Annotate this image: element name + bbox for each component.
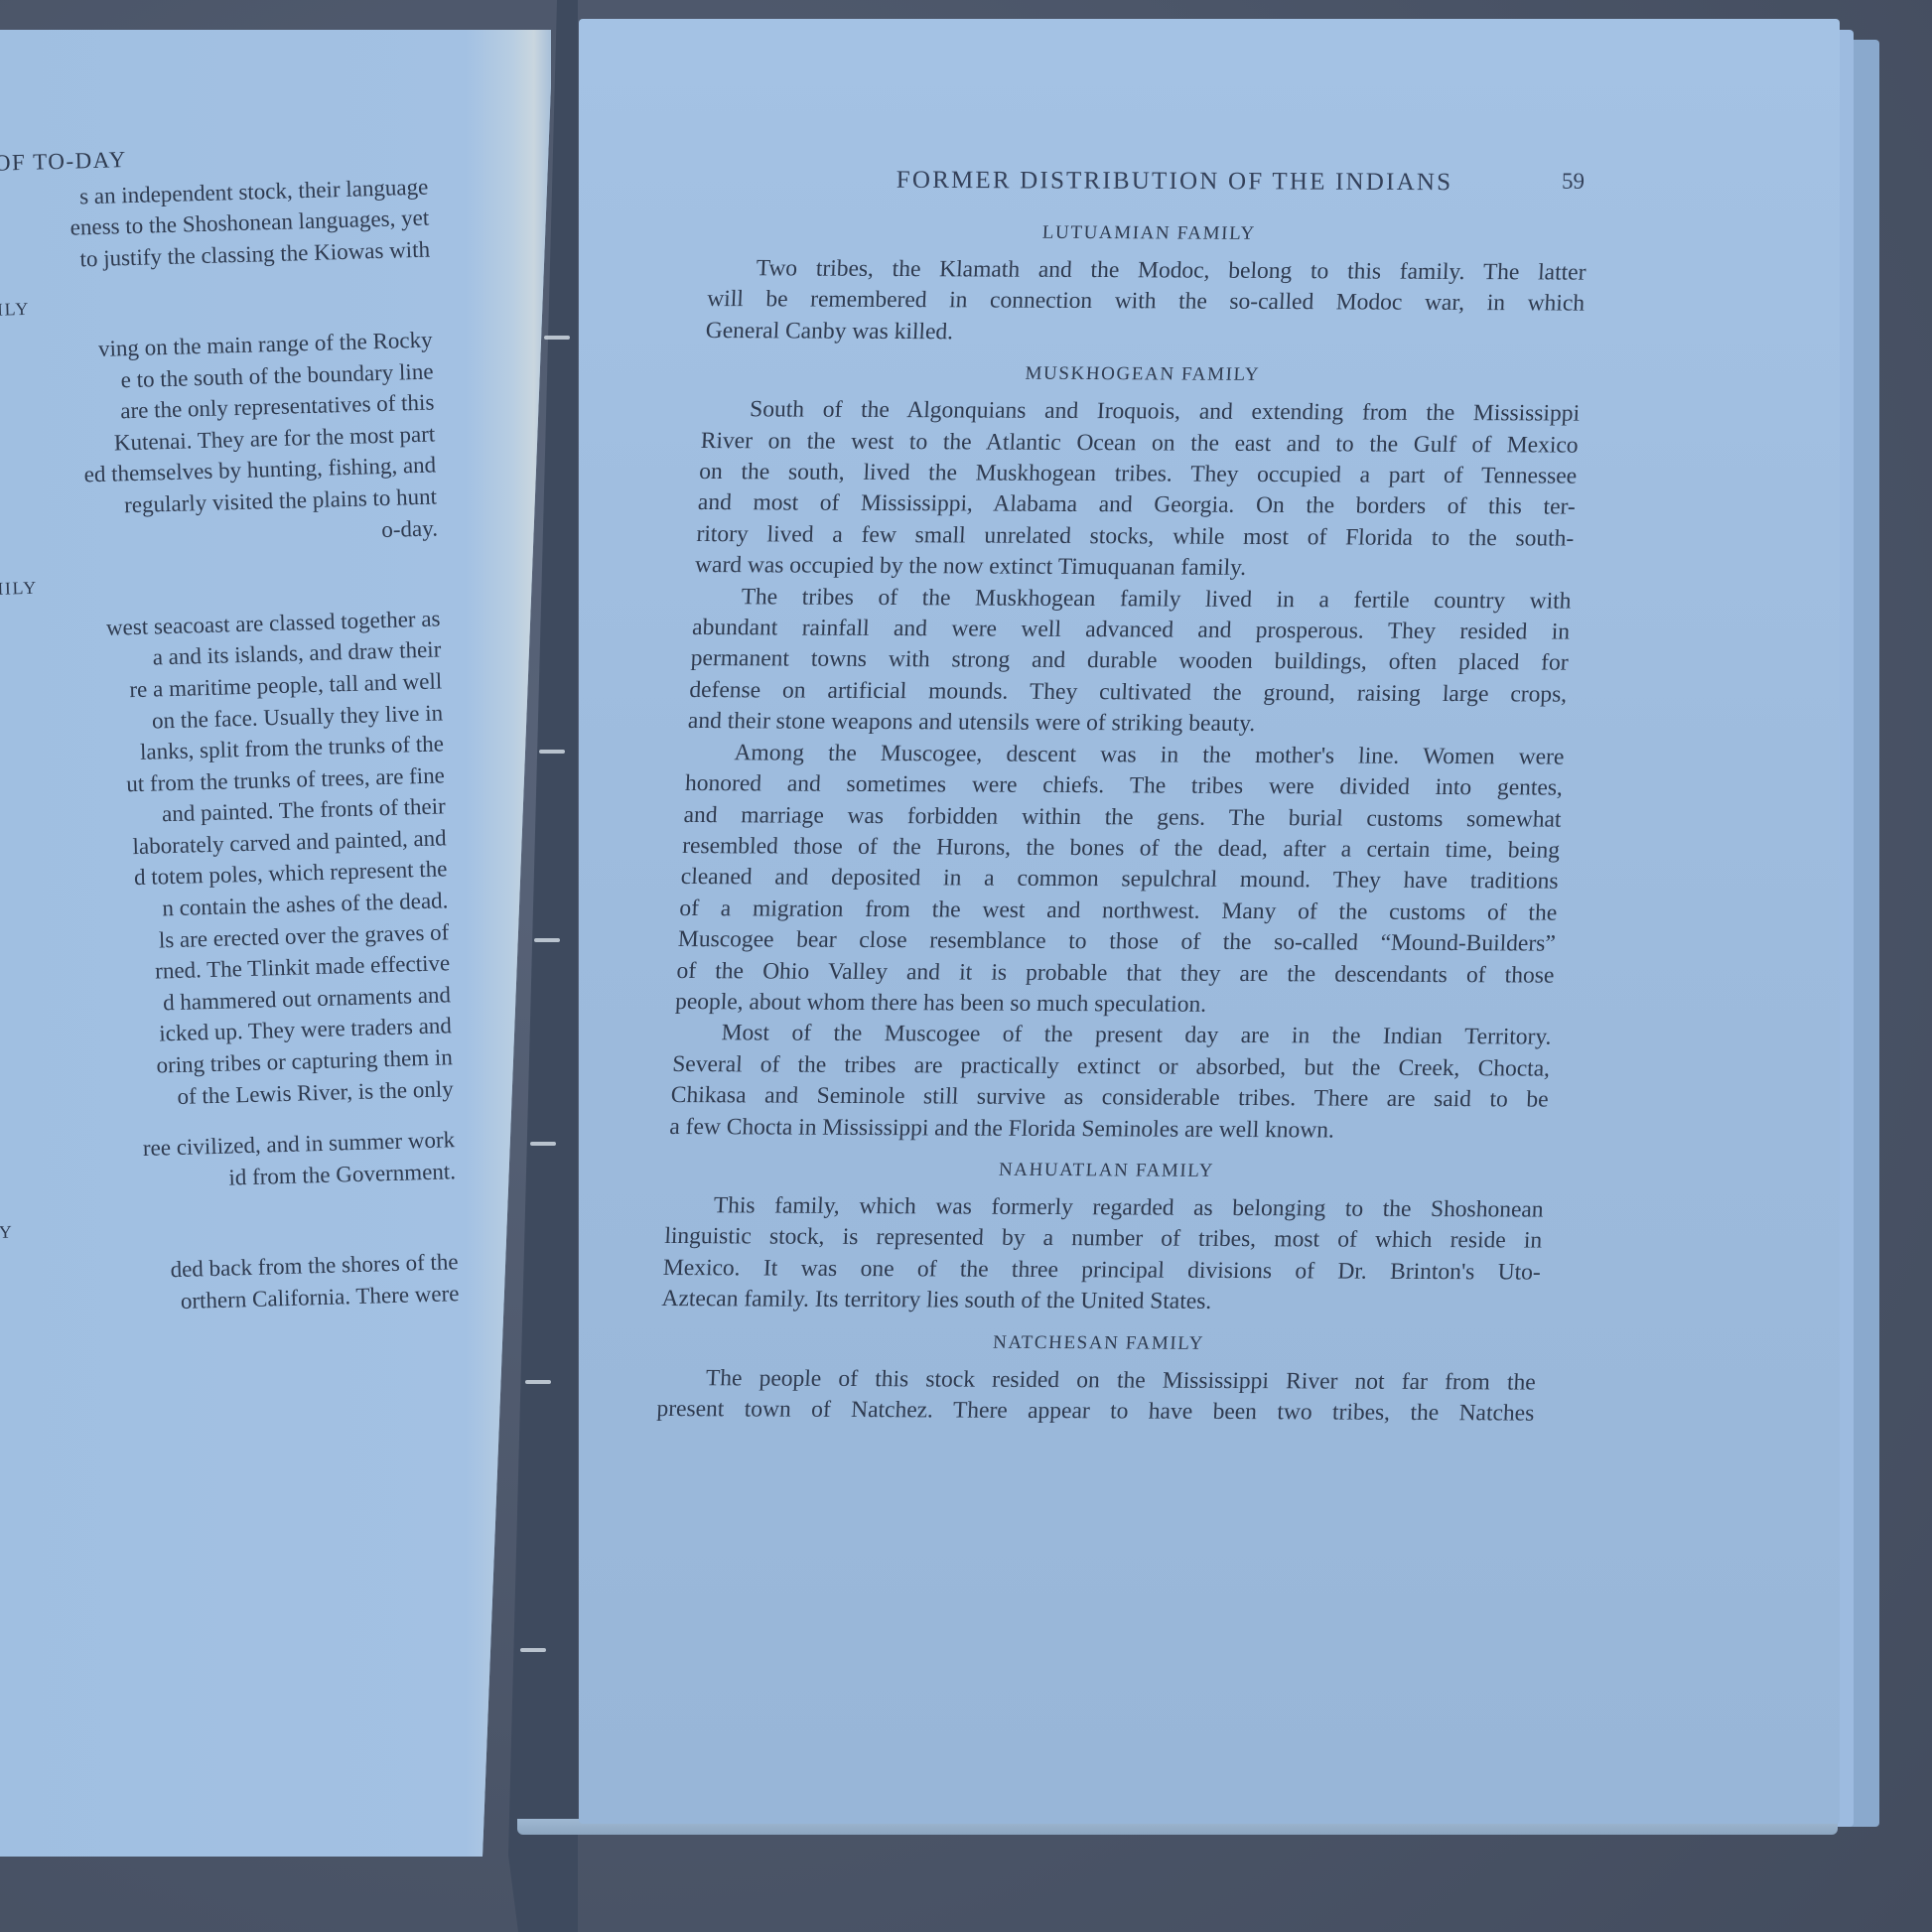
text-line: cleaned and deposited in a common sepulc… (680, 862, 1559, 897)
text-line: of a migration from the west and northwe… (679, 894, 1558, 929)
text-line: abundant rainfall and were well advanced… (692, 613, 1571, 648)
text-line: and most of Mississippi, Alabama and Geo… (697, 487, 1576, 523)
section-heading: ILY (0, 1205, 458, 1250)
page-number: 59 (1562, 169, 1585, 195)
text-line: people, about whom there has been so muc… (674, 987, 1553, 1023)
text-line: South of the Algonquians and Iroquois, a… (701, 394, 1580, 430)
paragraph: Most of the Muscogee of the present day … (669, 1018, 1553, 1147)
text-line: Two tribes, the Klamath and the Modoc, b… (708, 253, 1587, 289)
text-line: Most of the Muscogee of the present day … (673, 1018, 1552, 1053)
text-line: permanent towns with strong and durable … (690, 643, 1569, 679)
text-line: This family, which was formerly regarded… (665, 1190, 1544, 1226)
section-heading: NATCHESAN FAMILY (659, 1327, 1538, 1368)
section-heading: FAMILY (0, 283, 432, 328)
body-text: LUTUAMIAN FAMILYTwo tribes, the Klamath … (655, 217, 1588, 1442)
text-line: River on the west to the Atlantic Ocean … (700, 426, 1579, 462)
left-page: S OF TO-DAY s an independent stock, thei… (0, 30, 551, 1857)
paragraph: Two tribes, the Klamath and the Modoc, b… (705, 253, 1587, 351)
text-line: will be remembered in connection with th… (707, 284, 1586, 320)
section-heading: NAHUATLAN FAMILY (667, 1155, 1546, 1195)
text-line: Chikasa and Seminole still survive as co… (670, 1080, 1549, 1116)
binding-stitch (520, 1648, 546, 1652)
text-line: Mexico. It was one of the three principa… (662, 1253, 1541, 1289)
text-line: ritory lived a few small unrelated stock… (696, 519, 1575, 555)
text-line: of the Ohio Valley and it is probable th… (676, 956, 1555, 992)
binding-stitch (539, 750, 565, 754)
binding-stitch (534, 938, 560, 942)
paragraph: This family, which was formerly regarded… (661, 1190, 1545, 1319)
text-line: resembled those of the Hurons, the bones… (682, 831, 1561, 867)
section-heading: FAMILY (0, 562, 440, 607)
binding-stitch (544, 336, 570, 340)
left-page-text: S OF TO-DAY s an independent stock, thei… (0, 136, 460, 1322)
text-line: Several of the tribes are practically ex… (672, 1049, 1551, 1085)
paragraph: The tribes of the Muskhogean family live… (687, 582, 1572, 743)
text-line: General Canby was killed. (705, 316, 1584, 351)
paragraph: The people of this stock resided on the … (656, 1363, 1537, 1430)
text-line: present town of Natchez. There appear to… (656, 1394, 1535, 1430)
text-line: honored and sometimes were chiefs. The t… (684, 768, 1563, 804)
text-line: and their stone weapons and utensils wer… (687, 706, 1566, 742)
right-page: FORMER DISTRIBUTION OF THE INDIANS 59 LU… (579, 19, 1840, 1824)
text-line: The tribes of the Muskhogean family live… (693, 582, 1572, 618)
text-line: Aztecan family. Its territory lies south… (661, 1284, 1540, 1319)
section-heading: MUSKHOGEAN FAMILY (703, 358, 1582, 399)
text-line: and marriage was forbidden within the ge… (683, 799, 1562, 835)
running-head: FORMER DISTRIBUTION OF THE INDIANS (852, 167, 1497, 198)
paragraph: South of the Algonquians and Iroquois, a… (694, 394, 1580, 586)
text-line: defense on artificial mounds. They culti… (689, 675, 1568, 711)
paragraph: Among the Muscogee, descent was in the m… (674, 738, 1565, 1023)
binding-stitch (525, 1380, 551, 1384)
text-line: Muscogee bear close resemblance to those… (677, 924, 1556, 960)
section-heading: LUTUAMIAN FAMILY (709, 217, 1587, 258)
text-line: linguistic stock, is represented by a nu… (664, 1221, 1543, 1257)
text-line: a few Chocta in Mississippi and the Flor… (669, 1112, 1548, 1148)
binding-stitch (530, 1142, 556, 1146)
text-line: ward was occupied by the now extinct Tim… (694, 550, 1573, 586)
text-line: The people of this stock resided on the … (657, 1363, 1536, 1399)
text-line: on the south, lived the Muskhogean tribe… (699, 457, 1578, 492)
text-line: Among the Muscogee, descent was in the m… (686, 738, 1565, 773)
